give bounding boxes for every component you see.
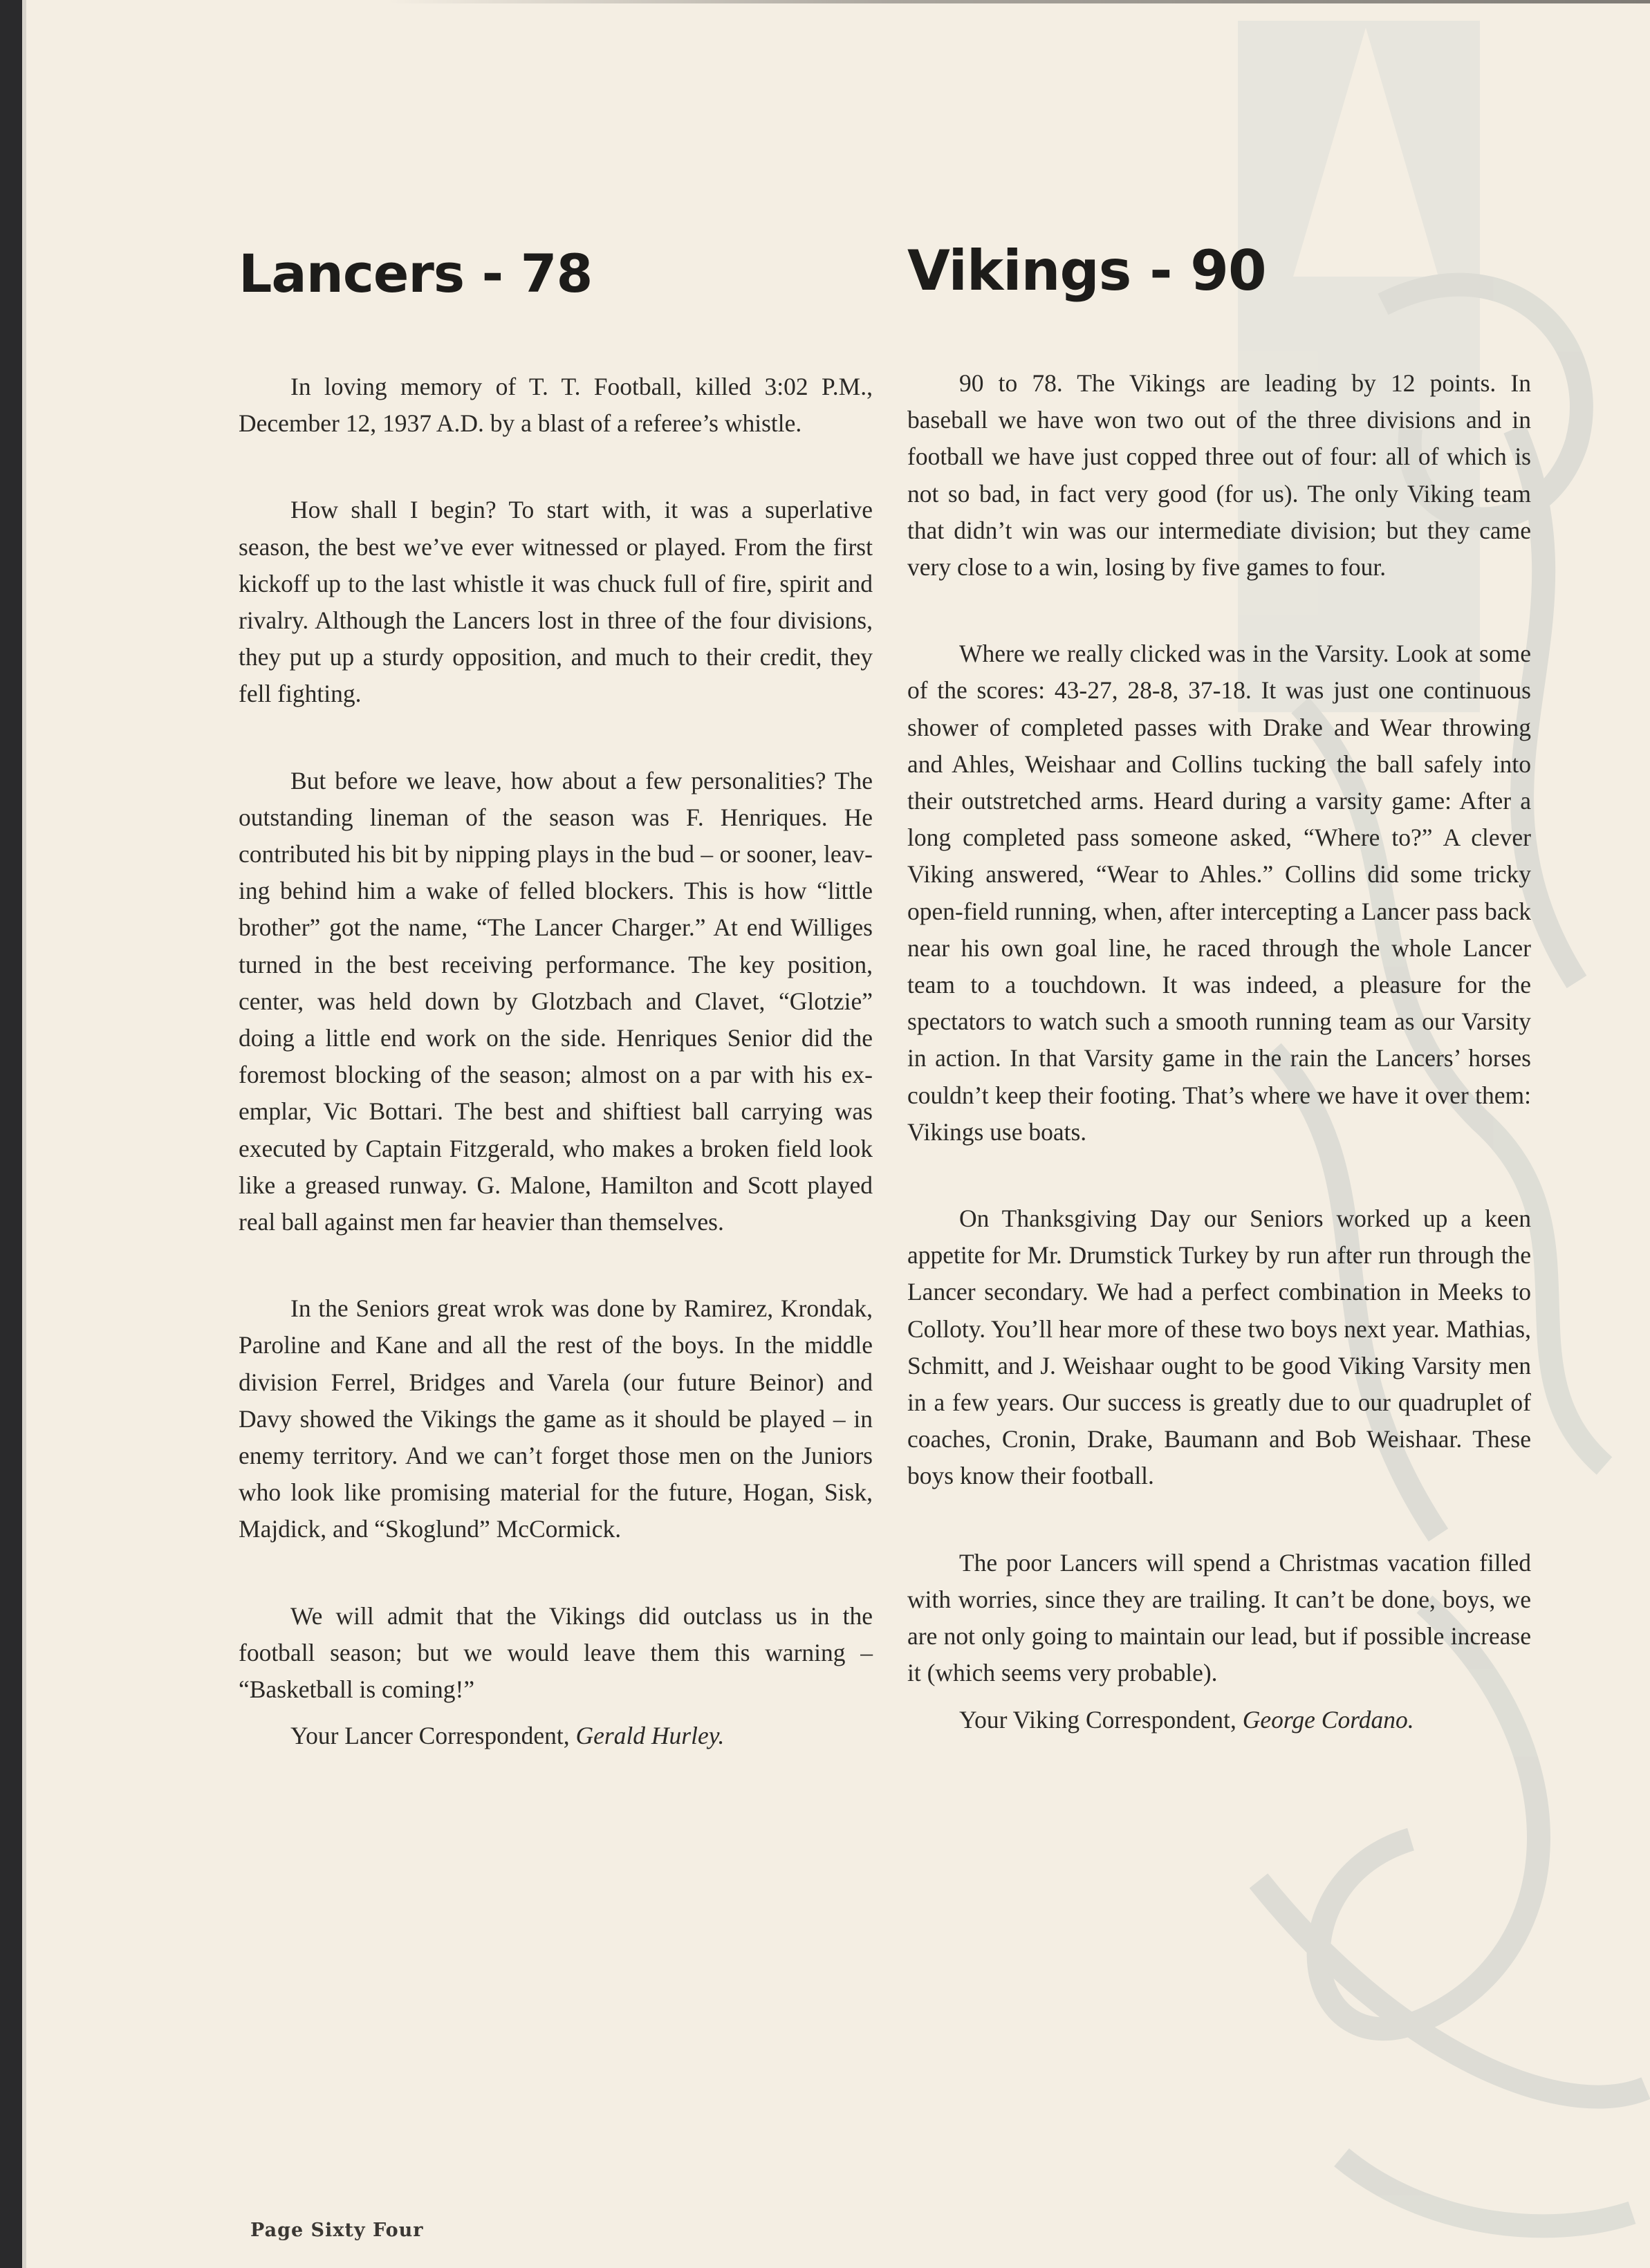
signature-prefix: Your Viking Correspondent, [959,1706,1243,1733]
lancers-paragraph: How shall I begin? To start with, it was… [239,492,873,712]
vikings-paragraph: 90 to 78. The Vikings are leading by 12 … [907,365,1531,586]
lancers-article-body: In loving memory of T. T. Football, kill… [239,369,873,1755]
lancers-paragraph: In loving memory of T. T. Football, kill… [239,369,873,442]
vikings-paragraph: Where we really clicked was in the Varsi… [907,635,1531,1151]
lancers-paragraph: But before we leave, how about a few per… [239,763,873,1241]
book-binding-edge [0,0,22,2268]
lancers-correspondent-signature: Your Lancer Correspondent, Gerald Hurley… [239,1718,873,1754]
vikings-paragraph: The poor Lancers will spend a Christmas … [907,1545,1531,1692]
vikings-article-body: 90 to 78. The Vikings are leading by 12 … [907,365,1531,1738]
lancers-paragraph: In the Seniors great wrok was done by Ra… [239,1290,873,1547]
page-top-edge [387,0,1650,3]
vikings-score-heading: Vikings - 90 [907,243,1266,299]
lancers-score-heading: Lancers - 78 [239,248,592,300]
vikings-paragraph: On Thanksgiving Day our Seniors worked u… [907,1200,1531,1495]
vikings-correspondent-signature: Your Viking Correspondent, George Cordan… [907,1702,1531,1738]
correspondent-name: George Cordano. [1243,1706,1414,1733]
signature-prefix: Your Lancer Correspondent, [290,1722,575,1749]
lancers-paragraph: We will admit that the Vikings did outcl… [239,1598,873,1709]
correspondent-name: Gerald Hurley. [575,1722,724,1749]
page-number-footer: Page Sixty Four [250,2220,424,2241]
